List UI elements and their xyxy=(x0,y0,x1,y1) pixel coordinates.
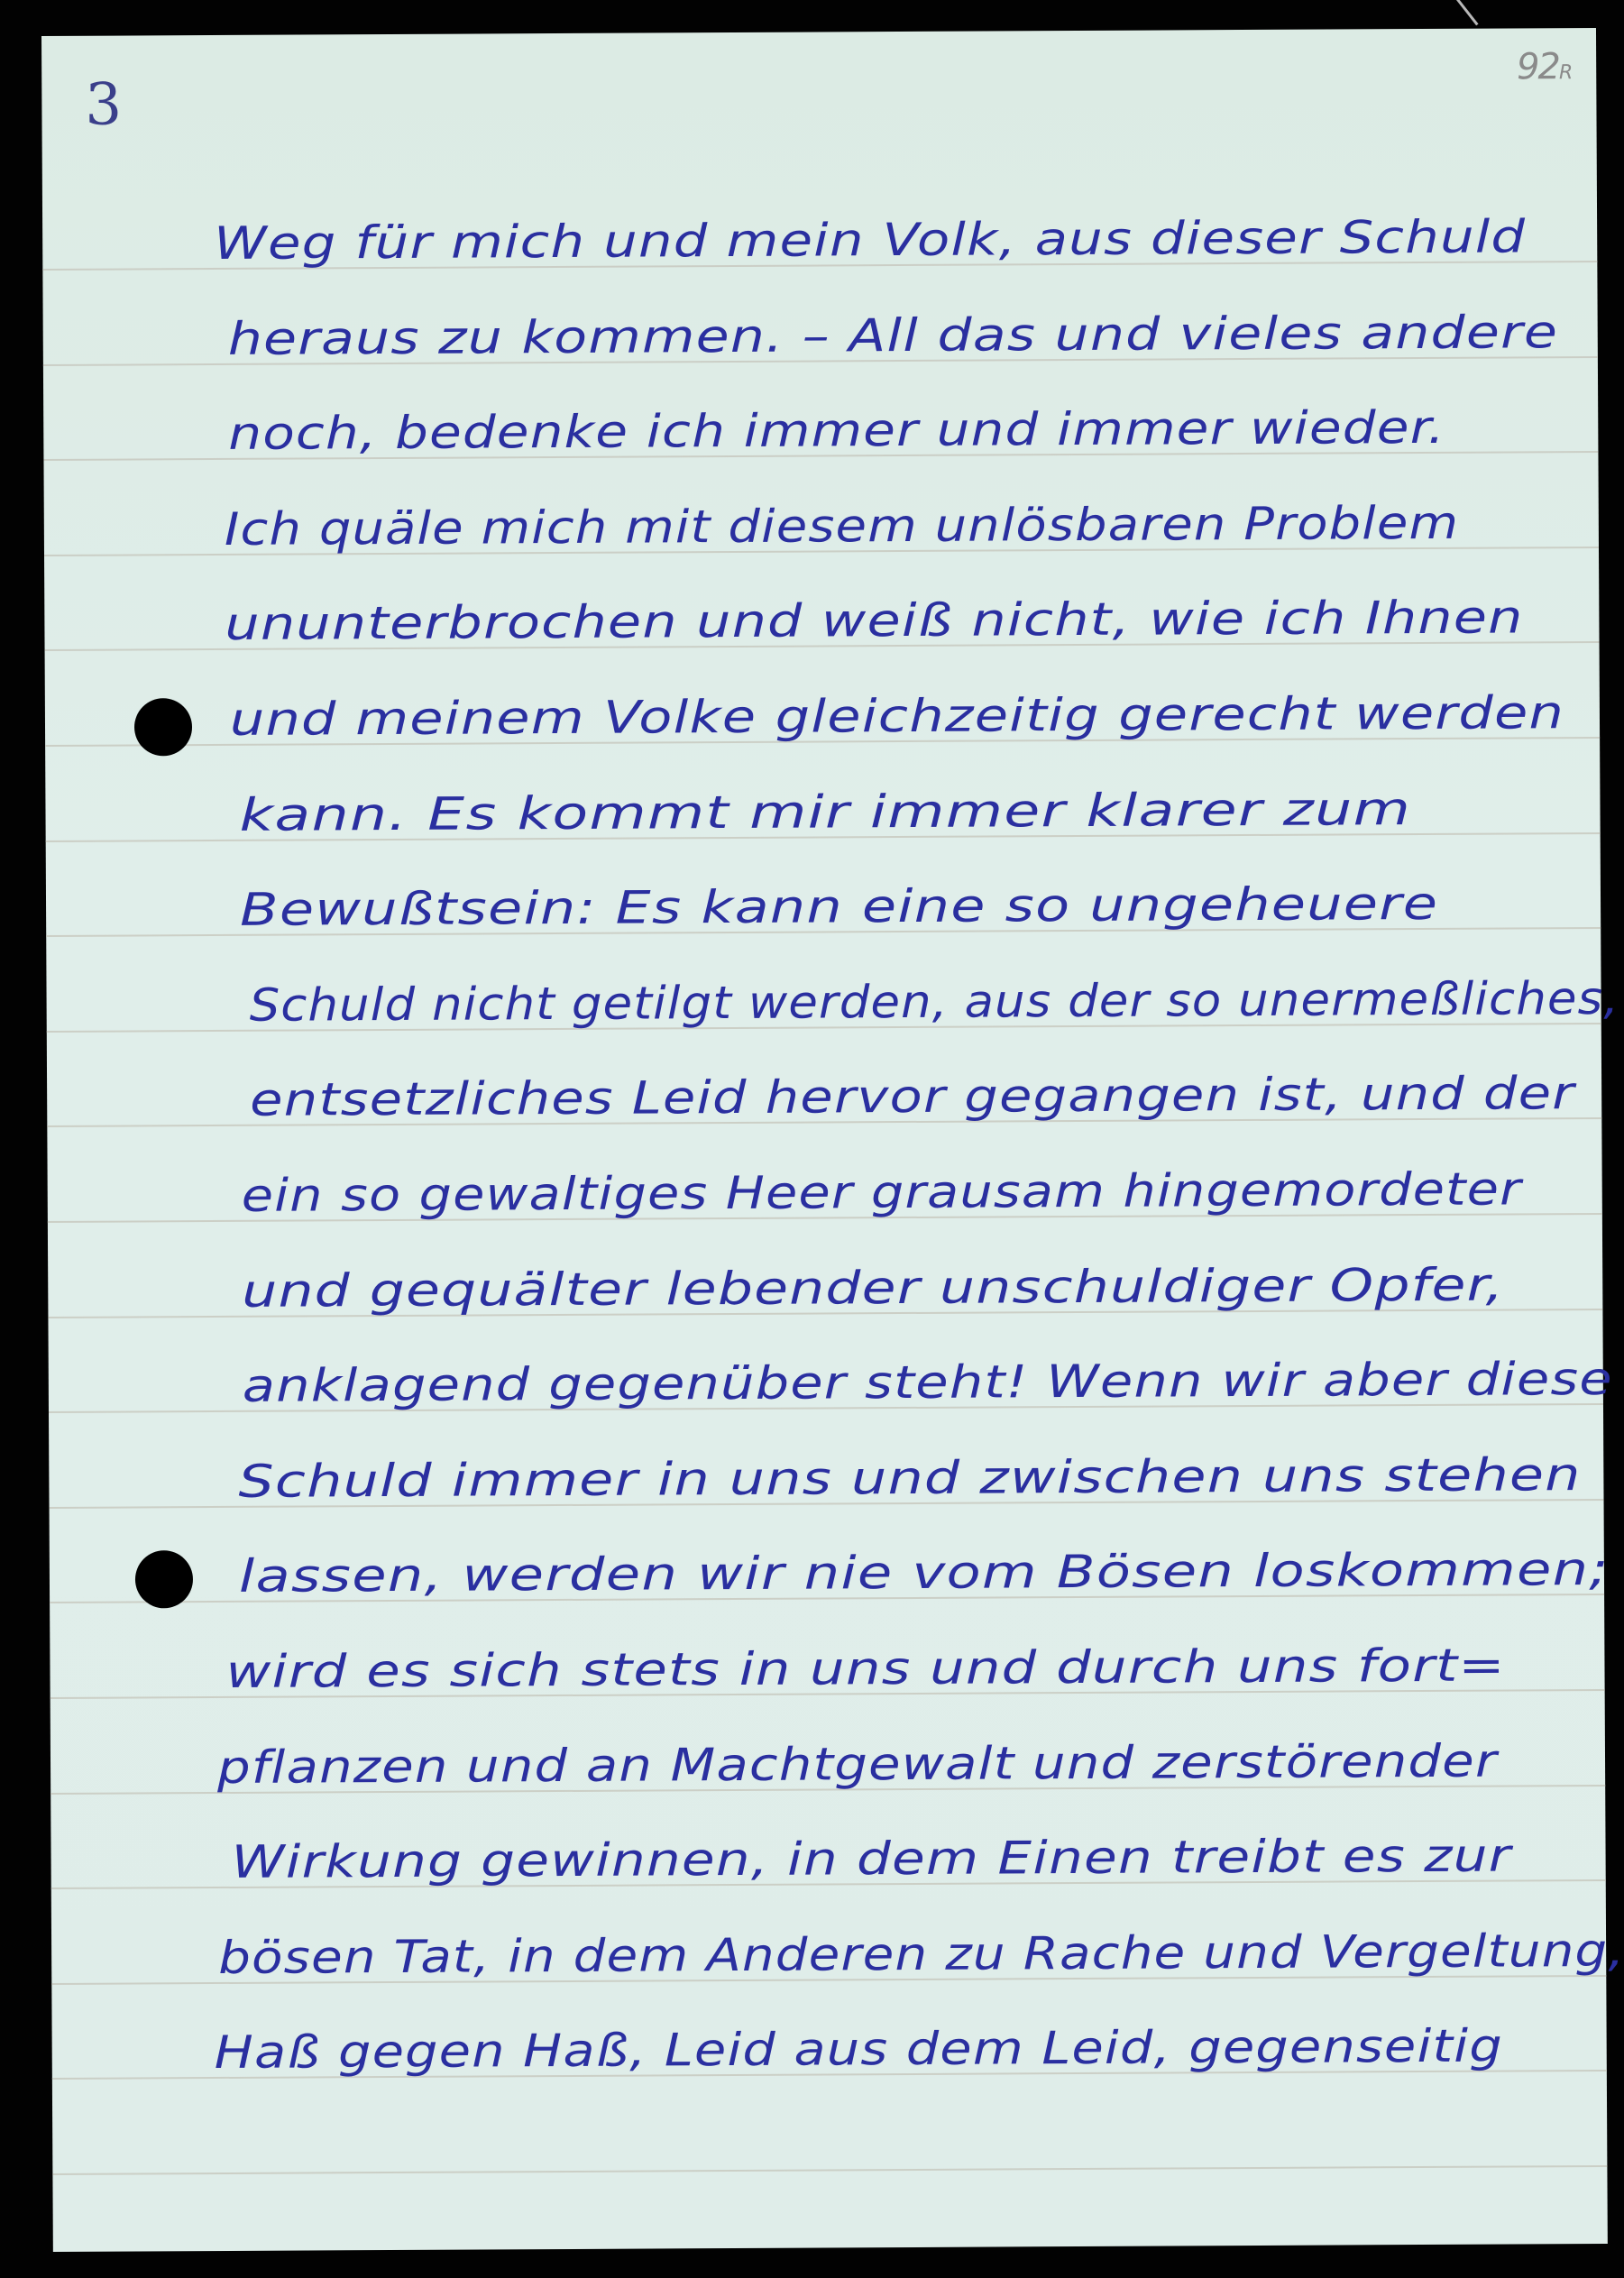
punch-hole-bottom xyxy=(135,1550,193,1608)
text-line: und gequälter lebender unschuldiger Opfe… xyxy=(242,1262,1504,1313)
text-line: Wirkung gewinnen, in dem Einen treibt es… xyxy=(231,1833,1511,1885)
text-line: ein so gewaltiges Heer grausam hingemord… xyxy=(242,1166,1522,1217)
text-line: noch, bedenke ich immer und immer wieder… xyxy=(228,405,1445,456)
letter-page: 3 92R Weg für mich und mein Volk, aus di… xyxy=(41,28,1608,2252)
text-line: heraus zu kommen. – All das und vieles a… xyxy=(228,309,1559,362)
text-line: ununterbrochen und weiß nicht, wie ich I… xyxy=(225,595,1523,648)
text-line: Bewußtsein: Es kann eine so ungeheuere xyxy=(240,881,1438,932)
text-line: und meinem Volke gleichzeitig gerecht we… xyxy=(230,690,1564,742)
text-line: Schuld nicht getilgt werden, aus der so … xyxy=(249,976,1619,1028)
text-line: Schuld immer in uns und zwischen uns ste… xyxy=(238,1452,1582,1504)
ruled-lines xyxy=(41,28,1596,36)
archive-number-value: 92 xyxy=(1517,46,1559,87)
text-line: bösen Tat, in dem Anderen zu Rache und V… xyxy=(218,1928,1624,1980)
archive-number-suffix: R xyxy=(1559,61,1571,84)
text-line: anklagend gegenüber steht! Wenn wir aber… xyxy=(243,1356,1613,1409)
text-line: Haß gegen Haß, Leid aus dem Leid, gegens… xyxy=(215,2024,1503,2075)
archive-number: 92R xyxy=(1517,46,1571,87)
text-line: Ich quäle mich mit diesem unlösbaren Pro… xyxy=(225,501,1459,552)
page-number: 3 xyxy=(85,72,122,139)
ruled-line xyxy=(52,2165,1607,2175)
text-line: Weg für mich und mein Volk, aus dieser S… xyxy=(214,214,1526,266)
handwritten-text: Weg für mich und mein Volk, aus dieser S… xyxy=(41,28,1596,36)
text-line: wird es sich stets in uns und durch uns … xyxy=(225,1643,1505,1695)
punch-hole-top xyxy=(134,698,192,756)
text-line: lassen, werden wir nie vom Bösen loskomm… xyxy=(239,1547,1610,1599)
text-line: kann. Es kommt mir immer klarer zum xyxy=(239,786,1411,838)
text-line: pflanzen und an Machtgewalt und zerstöre… xyxy=(217,1738,1498,1789)
text-line: entsetzliches Leid hervor gegangen ist, … xyxy=(250,1071,1575,1124)
scan-scratch-mark xyxy=(1456,0,1479,25)
